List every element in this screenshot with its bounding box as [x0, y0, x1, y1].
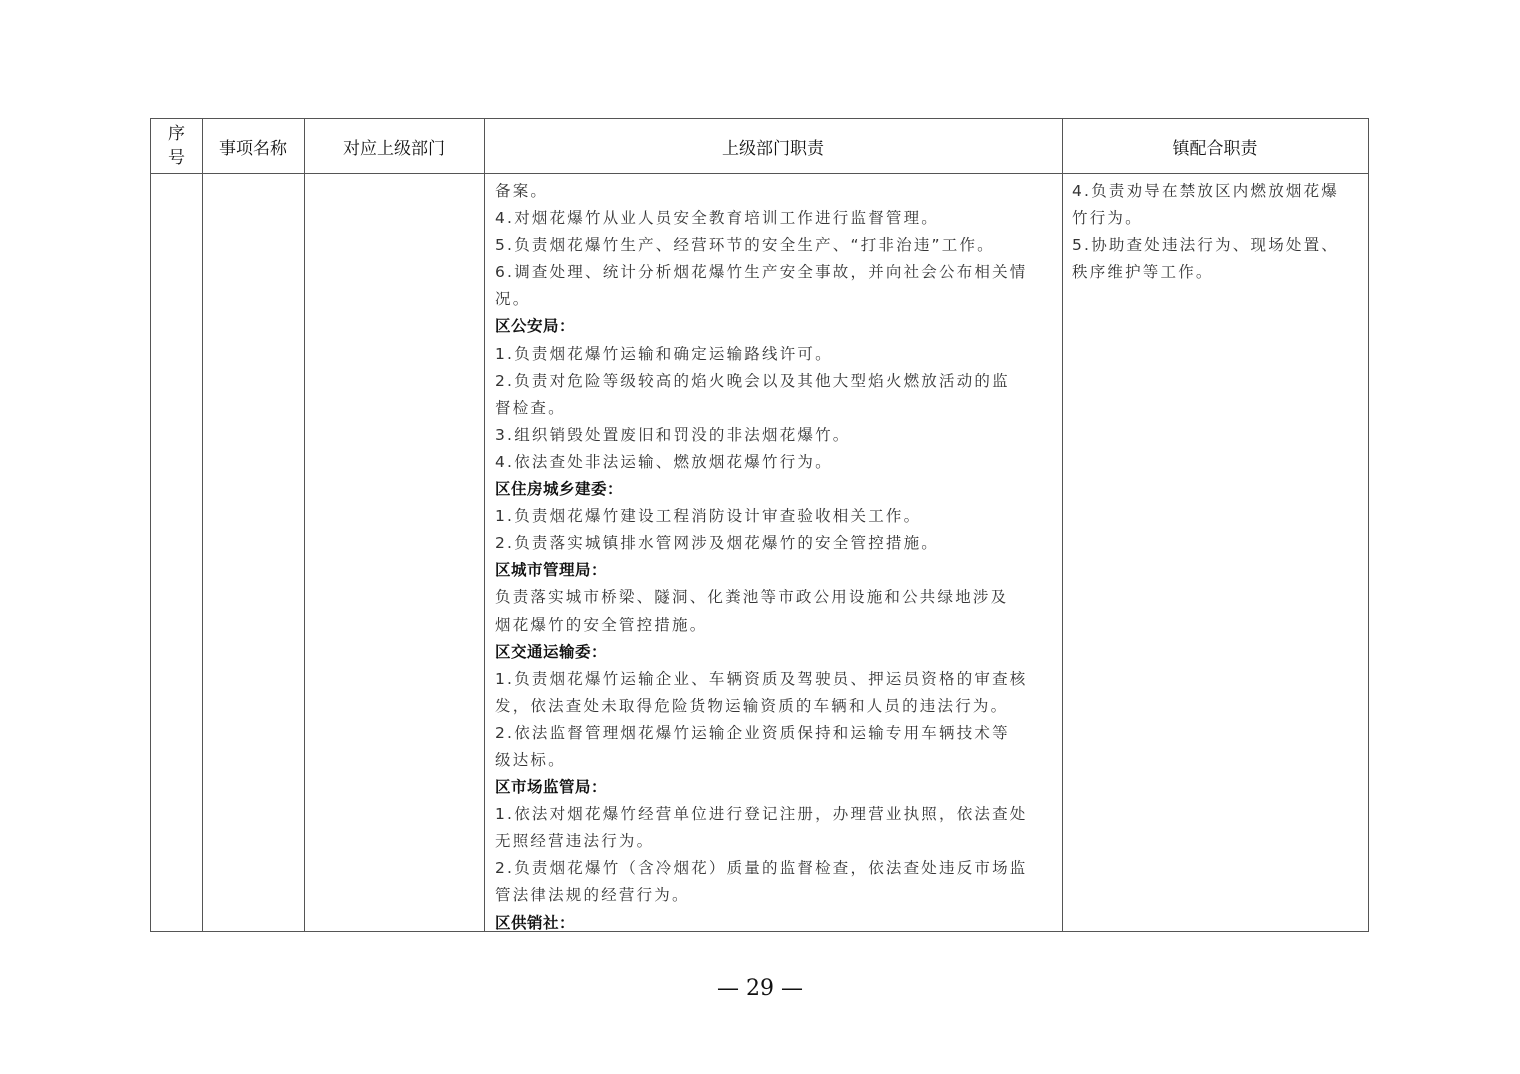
- column-divider: [1062, 119, 1063, 931]
- town-duty-line: 5.协助查处违法行为、现场处置、: [1072, 232, 1366, 259]
- department-heading: 区市场监管局：: [495, 774, 1061, 801]
- page-number: — 29 —: [0, 976, 1520, 1001]
- duty-line: 6.调查处理、统计分析烟花爆竹生产安全事故，并向社会公布相关情: [495, 259, 1061, 286]
- duty-line: 2.负责对危险等级较高的焰火晚会以及其他大型焰火燃放活动的监: [495, 368, 1061, 395]
- duty-line: 烟花爆竹的安全管控措施。: [495, 612, 1061, 639]
- header-superior-dept: 对应上级部门: [304, 119, 484, 173]
- duty-line: 级达标。: [495, 747, 1061, 774]
- duty-line: 5.负责烟花爆竹生产、经营环节的安全生产、“打非治违”工作。: [495, 232, 1061, 259]
- duty-line: 2.依法监督管理烟花爆竹运输企业资质保持和运输专用车辆技术等: [495, 720, 1061, 747]
- column-divider: [484, 119, 485, 931]
- duty-line: 负责落实城市桥梁、隧洞、化粪池等市政公用设施和公共绿地涉及: [495, 584, 1061, 611]
- cell-superior-duties: 备案。4.对烟花爆竹从业人员安全教育培训工作进行监督管理。5.负责烟花爆竹生产、…: [495, 178, 1061, 937]
- duty-line: 备案。: [495, 178, 1061, 205]
- duties-table: 序 号 事项名称 对应上级部门 上级部门职责 镇配合职责 备案。4.对烟花爆竹从…: [150, 118, 1369, 932]
- town-duty-line: 4.负责劝导在禁放区内燃放烟花爆: [1072, 178, 1366, 205]
- header-superior-duties: 上级部门职责: [484, 119, 1062, 173]
- duty-line: 督检查。: [495, 395, 1061, 422]
- duty-line: 发，依法查处未取得危险货物运输资质的车辆和人员的违法行为。: [495, 693, 1061, 720]
- header-seq: 序 号: [151, 119, 202, 173]
- header-item-name: 事项名称: [202, 119, 304, 173]
- header-seq-line1: 序: [168, 122, 185, 146]
- department-heading: 区住房城乡建委：: [495, 476, 1061, 503]
- town-duty-line: 竹行为。: [1072, 205, 1366, 232]
- duty-line: 管法律法规的经营行为。: [495, 882, 1061, 909]
- duty-line: 2.负责烟花爆竹（含冷烟花）质量的监督检查，依法查处违反市场监: [495, 855, 1061, 882]
- header-town-duties: 镇配合职责: [1062, 119, 1368, 173]
- department-heading: 区交通运输委：: [495, 639, 1061, 666]
- column-divider: [202, 119, 203, 931]
- duty-line: 无照经营违法行为。: [495, 828, 1061, 855]
- duty-line: 4.依法查处非法运输、燃放烟花爆竹行为。: [495, 449, 1061, 476]
- department-heading: 区公安局：: [495, 313, 1061, 340]
- duty-line: 况。: [495, 286, 1061, 313]
- department-heading: 区供销社：: [495, 910, 1061, 937]
- duty-line: 2.负责落实城镇排水管网涉及烟花爆竹的安全管控措施。: [495, 530, 1061, 557]
- duty-line: 1.负责烟花爆竹建设工程消防设计审查验收相关工作。: [495, 503, 1061, 530]
- duty-line: 4.对烟花爆竹从业人员安全教育培训工作进行监督管理。: [495, 205, 1061, 232]
- duty-line: 1.依法对烟花爆竹经营单位进行登记注册，办理营业执照，依法查处: [495, 801, 1061, 828]
- column-divider: [304, 119, 305, 931]
- duty-line: 3.组织销毁处置废旧和罚没的非法烟花爆竹。: [495, 422, 1061, 449]
- header-divider: [151, 173, 1368, 174]
- duty-line: 1.负责烟花爆竹运输和确定运输路线许可。: [495, 341, 1061, 368]
- duty-line: 1.负责烟花爆竹运输企业、车辆资质及驾驶员、押运员资格的审查核: [495, 666, 1061, 693]
- department-heading: 区城市管理局：: [495, 557, 1061, 584]
- cell-town-duties: 4.负责劝导在禁放区内燃放烟花爆竹行为。5.协助查处违法行为、现场处置、秩序维护…: [1072, 178, 1366, 286]
- town-duty-line: 秩序维护等工作。: [1072, 259, 1366, 286]
- header-seq-line2: 号: [168, 146, 185, 170]
